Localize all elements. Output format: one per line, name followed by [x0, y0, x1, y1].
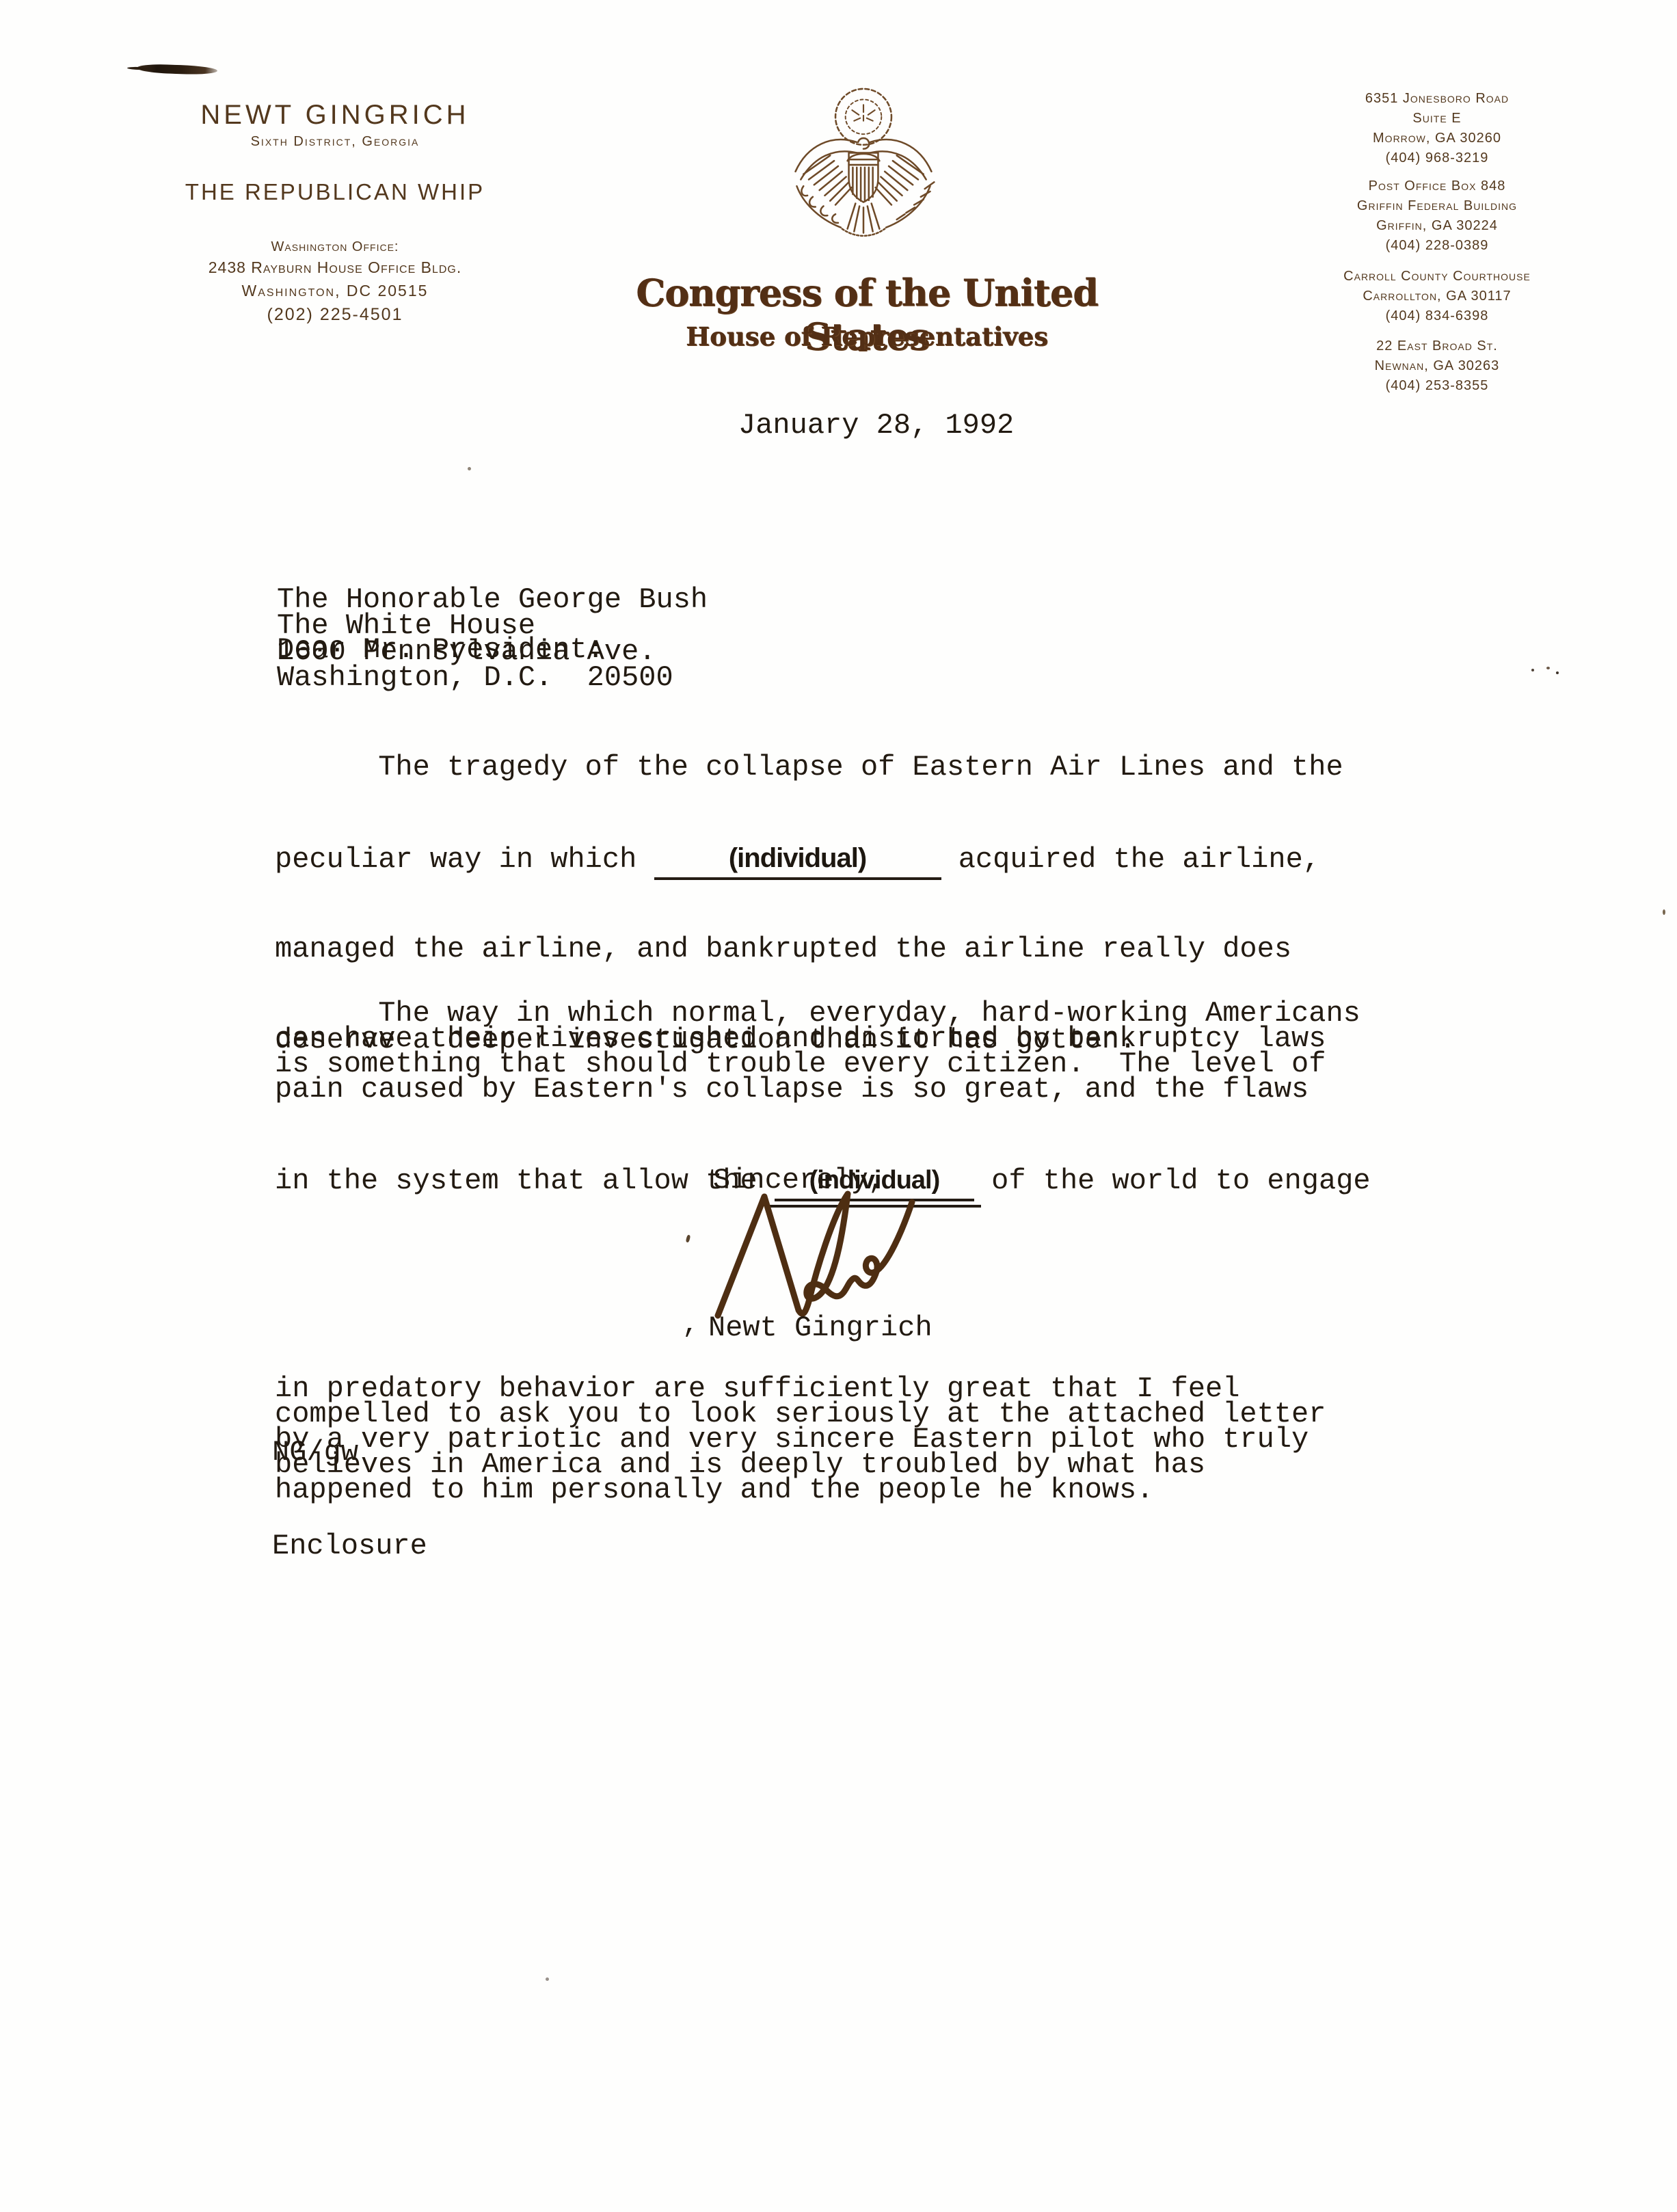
recipient-line: Washington, D.C. 20500	[277, 665, 708, 691]
district-office-line: Newnan, GA 30263	[1292, 356, 1582, 376]
washington-office-address-line1: 2438 Rayburn House Office Bldg.	[116, 258, 554, 277]
district-office-block-newnan: 22 East Broad St.Newnan, GA 30263(404) 2…	[1292, 336, 1582, 396]
scan-speck	[1556, 671, 1559, 674]
body-line: pain caused by Eastern's collapse is so …	[275, 1077, 1371, 1102]
redaction-before-text: in the system that allow the	[275, 1164, 775, 1197]
district-office-line: (404) 834-6398	[1292, 306, 1582, 326]
district-office-block-griffin: Post Office Box 848Griffin Federal Build…	[1292, 176, 1582, 256]
district-office-line: (404) 228-0389	[1292, 236, 1582, 256]
district-office-line: (404) 968-3219	[1292, 148, 1582, 168]
district-office-line: Griffin, GA 30224	[1292, 216, 1582, 236]
district-office-line: 6351 Jonesboro Road	[1292, 89, 1582, 109]
scan-smudge-mark	[137, 64, 217, 75]
scan-speck	[1531, 669, 1534, 671]
scan-comma-artifact: ,	[682, 1310, 699, 1341]
scan-speck	[546, 1977, 549, 1981]
congress-seal-icon	[783, 86, 943, 246]
letter-date: January 28, 1992	[738, 409, 1014, 442]
member-name: NEWT GINGRICH	[116, 100, 554, 131]
district-office-line: Suite E	[1292, 109, 1582, 129]
paragraph-2-top: The way in which normal, everyday, hard-…	[275, 903, 1371, 1102]
member-district: Sixth District, Georgia	[116, 134, 554, 150]
district-office-block-morrow: 6351 Jonesboro RoadSuite EMorrow, GA 302…	[1292, 89, 1582, 168]
typed-signature-name: Newt Gingrich	[708, 1311, 933, 1344]
reference-initials: NG/gw	[272, 1439, 427, 1467]
washington-office-phone: (202) 225-4501	[116, 305, 554, 325]
district-office-block-carrollton: Carroll County CourthouseCarrollton, GA …	[1292, 267, 1582, 326]
district-office-line: Carroll County Courthouse	[1292, 267, 1582, 287]
letter-page: NEWT GINGRICH Sixth District, Georgia TH…	[0, 0, 1677, 2212]
salutation: Dear Mr. President:	[277, 633, 604, 666]
scan-speck	[468, 467, 471, 470]
district-office-line: Morrow, GA 30260	[1292, 129, 1582, 148]
member-title: THE REPUBLICAN WHIP	[116, 179, 554, 205]
reference-block: NG/gw Enclosure	[272, 1373, 427, 1626]
district-office-line: Griffin Federal Building	[1292, 196, 1582, 216]
signature-scrawl-icon	[703, 1183, 922, 1320]
enclosure-note: Enclosure	[272, 1532, 427, 1560]
body-line: happened to him personally and the peopl…	[275, 1478, 1371, 1503]
scan-speck	[1546, 667, 1550, 669]
scan-speck	[1663, 909, 1665, 915]
redaction-after-text: of the world to engage	[974, 1164, 1371, 1197]
washington-office-address-line2: Washington, DC 20515	[116, 282, 554, 300]
district-office-line: Post Office Box 848	[1292, 176, 1582, 196]
body-line: The tragedy of the collapse of Eastern A…	[275, 755, 1343, 780]
house-subtitle: House of Representatives	[580, 321, 1154, 351]
district-office-line: (404) 253-8355	[1292, 376, 1582, 396]
district-office-line: 22 East Broad St.	[1292, 336, 1582, 356]
district-office-line: Carrollton, GA 30117	[1292, 287, 1582, 306]
washington-office-label: Washington Office:	[116, 239, 554, 255]
